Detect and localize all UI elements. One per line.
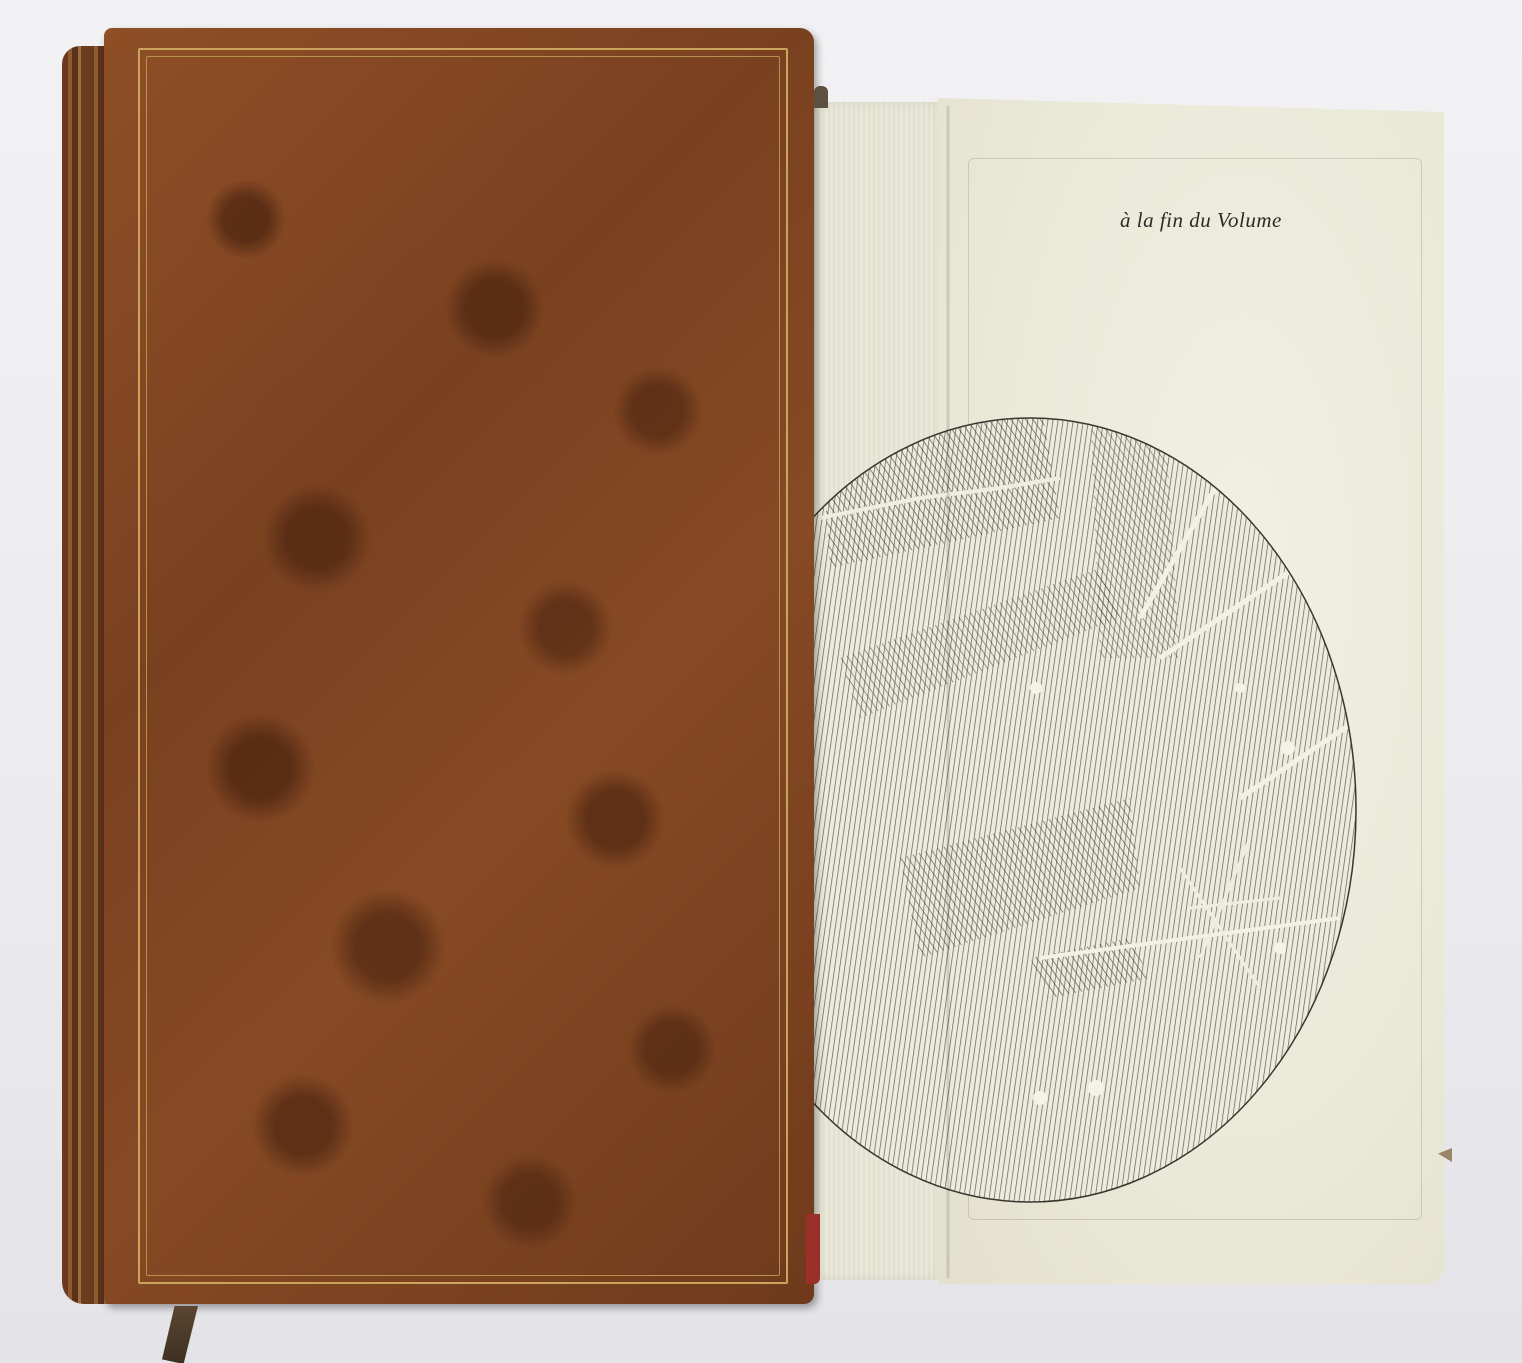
plate-caption: à la fin du Volume — [1120, 208, 1350, 233]
ribbon-marker — [162, 1306, 198, 1363]
leather-book — [62, 28, 824, 1314]
photo-scene: à la fin du Volume — [0, 0, 1522, 1363]
red-edge — [806, 1214, 820, 1284]
foldout-plate: à la fin du Volume — [800, 98, 1456, 1284]
gilt-fillet-inner — [146, 56, 780, 1276]
crystal-engraving — [800, 98, 1456, 1284]
headcap — [814, 86, 828, 108]
book-cover — [104, 28, 814, 1304]
